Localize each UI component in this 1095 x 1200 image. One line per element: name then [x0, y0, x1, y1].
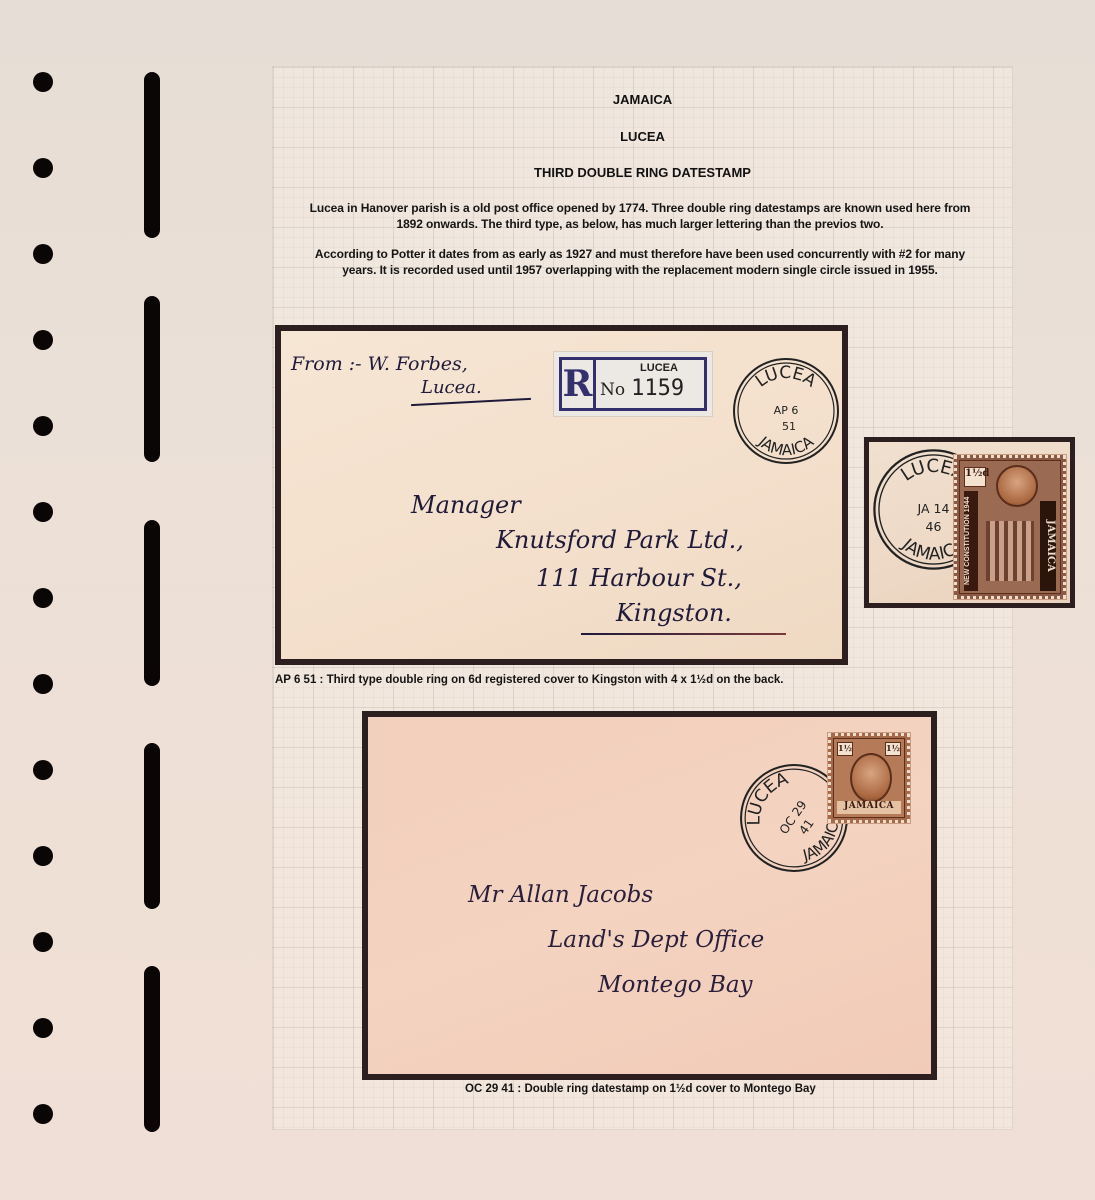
- registration-office: LUCEA: [618, 362, 700, 374]
- cover2-address-line3: Montego Bay: [598, 972, 753, 998]
- cover2-frame: LUCEA JAMAICA OC 29 41 1½ 1½ JAMAICA Mr …: [362, 711, 937, 1080]
- section-heading: THIRD DOUBLE RING DATESTAMP: [272, 165, 1013, 180]
- cover1-address-line2: Knutsford Park Ltd.,: [496, 526, 744, 554]
- building-vignette-icon: [986, 521, 1034, 581]
- binder-hole-icon: [33, 588, 53, 608]
- binder-slot-icon: [144, 743, 160, 909]
- cover2-stamp: 1½ 1½ JAMAICA: [828, 733, 910, 823]
- cover2-address-line1: Mr Allan Jacobs: [468, 882, 653, 908]
- registration-number: 1159: [631, 376, 684, 401]
- binder-hole-icon: [33, 158, 53, 178]
- piece-fragment: LUCEA JAMAICA JA 14 46 1½d NEW CONSTITUT…: [869, 442, 1070, 603]
- cover1-sender-line2: Lucea.: [421, 377, 482, 398]
- binder-hole-icon: [33, 244, 53, 264]
- piece-stamp-country: JAMAICA: [1040, 501, 1056, 591]
- cover2-stamp-value-right: 1½: [885, 742, 901, 756]
- binder-slot-icon: [144, 520, 160, 686]
- binder-hole-icon: [33, 416, 53, 436]
- cover2-address-line2: Land's Dept Office: [548, 927, 764, 953]
- binder-hole-icon: [33, 72, 53, 92]
- svg-text:LUCEA: LUCEA: [752, 363, 820, 392]
- cover1-address-line4: Kingston.: [616, 599, 732, 627]
- cover1-address-line3: 111 Harbour St.,: [536, 564, 742, 592]
- registration-label: R LUCEA No 1159: [553, 351, 713, 417]
- svg-text:JAMAICA: JAMAICA: [754, 432, 818, 459]
- address-underline: [581, 633, 786, 635]
- cover1-postmark: LUCEA JAMAICA AP 6 51: [731, 356, 841, 471]
- cover1-frame: From :- W. Forbes, Lucea. R LUCEA No 115…: [275, 325, 848, 665]
- binder-hole-icon: [33, 932, 53, 952]
- king-portrait-icon: [850, 753, 892, 803]
- piece-frame: LUCEA JAMAICA JA 14 46 1½d NEW CONSTITUT…: [864, 437, 1075, 608]
- registration-no-prefix: No: [600, 380, 625, 400]
- binder-slot-icon: [144, 966, 160, 1132]
- cover1-caption: AP 6 51 : Third type double ring on 6d r…: [275, 674, 783, 686]
- cover2-stamp-country: JAMAICA: [837, 801, 901, 814]
- binder-hole-icon: [33, 502, 53, 522]
- cover1-envelope: From :- W. Forbes, Lucea. R LUCEA No 115…: [281, 331, 842, 659]
- piece-stamp-value: 1½d: [964, 467, 986, 487]
- binder-slot-icon: [144, 72, 160, 238]
- binder-hole-icon: [33, 1018, 53, 1038]
- page-subtitle: LUCEA: [272, 129, 1013, 144]
- piece-stamp-inscription: NEW CONSTITUTION 1944: [964, 491, 978, 591]
- binder-hole-icon: [33, 1104, 53, 1124]
- binder-hole-icon: [33, 846, 53, 866]
- cover2-stamp-value-left: 1½: [837, 742, 853, 756]
- potter-paragraph: According to Potter it dates from as ear…: [300, 247, 980, 278]
- cover2-caption: OC 29 41 : Double ring datestamp on 1½d …: [465, 1083, 816, 1095]
- page-title: JAMAICA: [272, 92, 1013, 107]
- sender-underline: [411, 398, 531, 406]
- cover1-address-line1: Manager: [411, 491, 521, 519]
- svg-text:51: 51: [782, 420, 796, 433]
- svg-text:AP 6: AP 6: [774, 404, 799, 417]
- piece-stamp: 1½d NEW CONSTITUTION 1944 JAMAICA: [954, 455, 1066, 599]
- king-portrait-icon: [996, 465, 1038, 507]
- binder-hole-icon: [33, 760, 53, 780]
- registration-letter: R: [562, 360, 596, 408]
- cover2-envelope: LUCEA JAMAICA OC 29 41 1½ 1½ JAMAICA Mr …: [368, 717, 931, 1074]
- binder-hole-icon: [33, 330, 53, 350]
- intro-paragraph: Lucea in Hanover parish is a old post of…: [300, 201, 980, 232]
- svg-text:JA 14: JA 14: [917, 501, 950, 516]
- binder-hole-icon: [33, 674, 53, 694]
- album-page: JAMAICA LUCEA THIRD DOUBLE RING DATESTAM…: [0, 0, 1095, 1200]
- cover1-sender-line1: From :- W. Forbes,: [291, 353, 468, 375]
- svg-text:46: 46: [926, 519, 942, 534]
- binder-slot-icon: [144, 296, 160, 462]
